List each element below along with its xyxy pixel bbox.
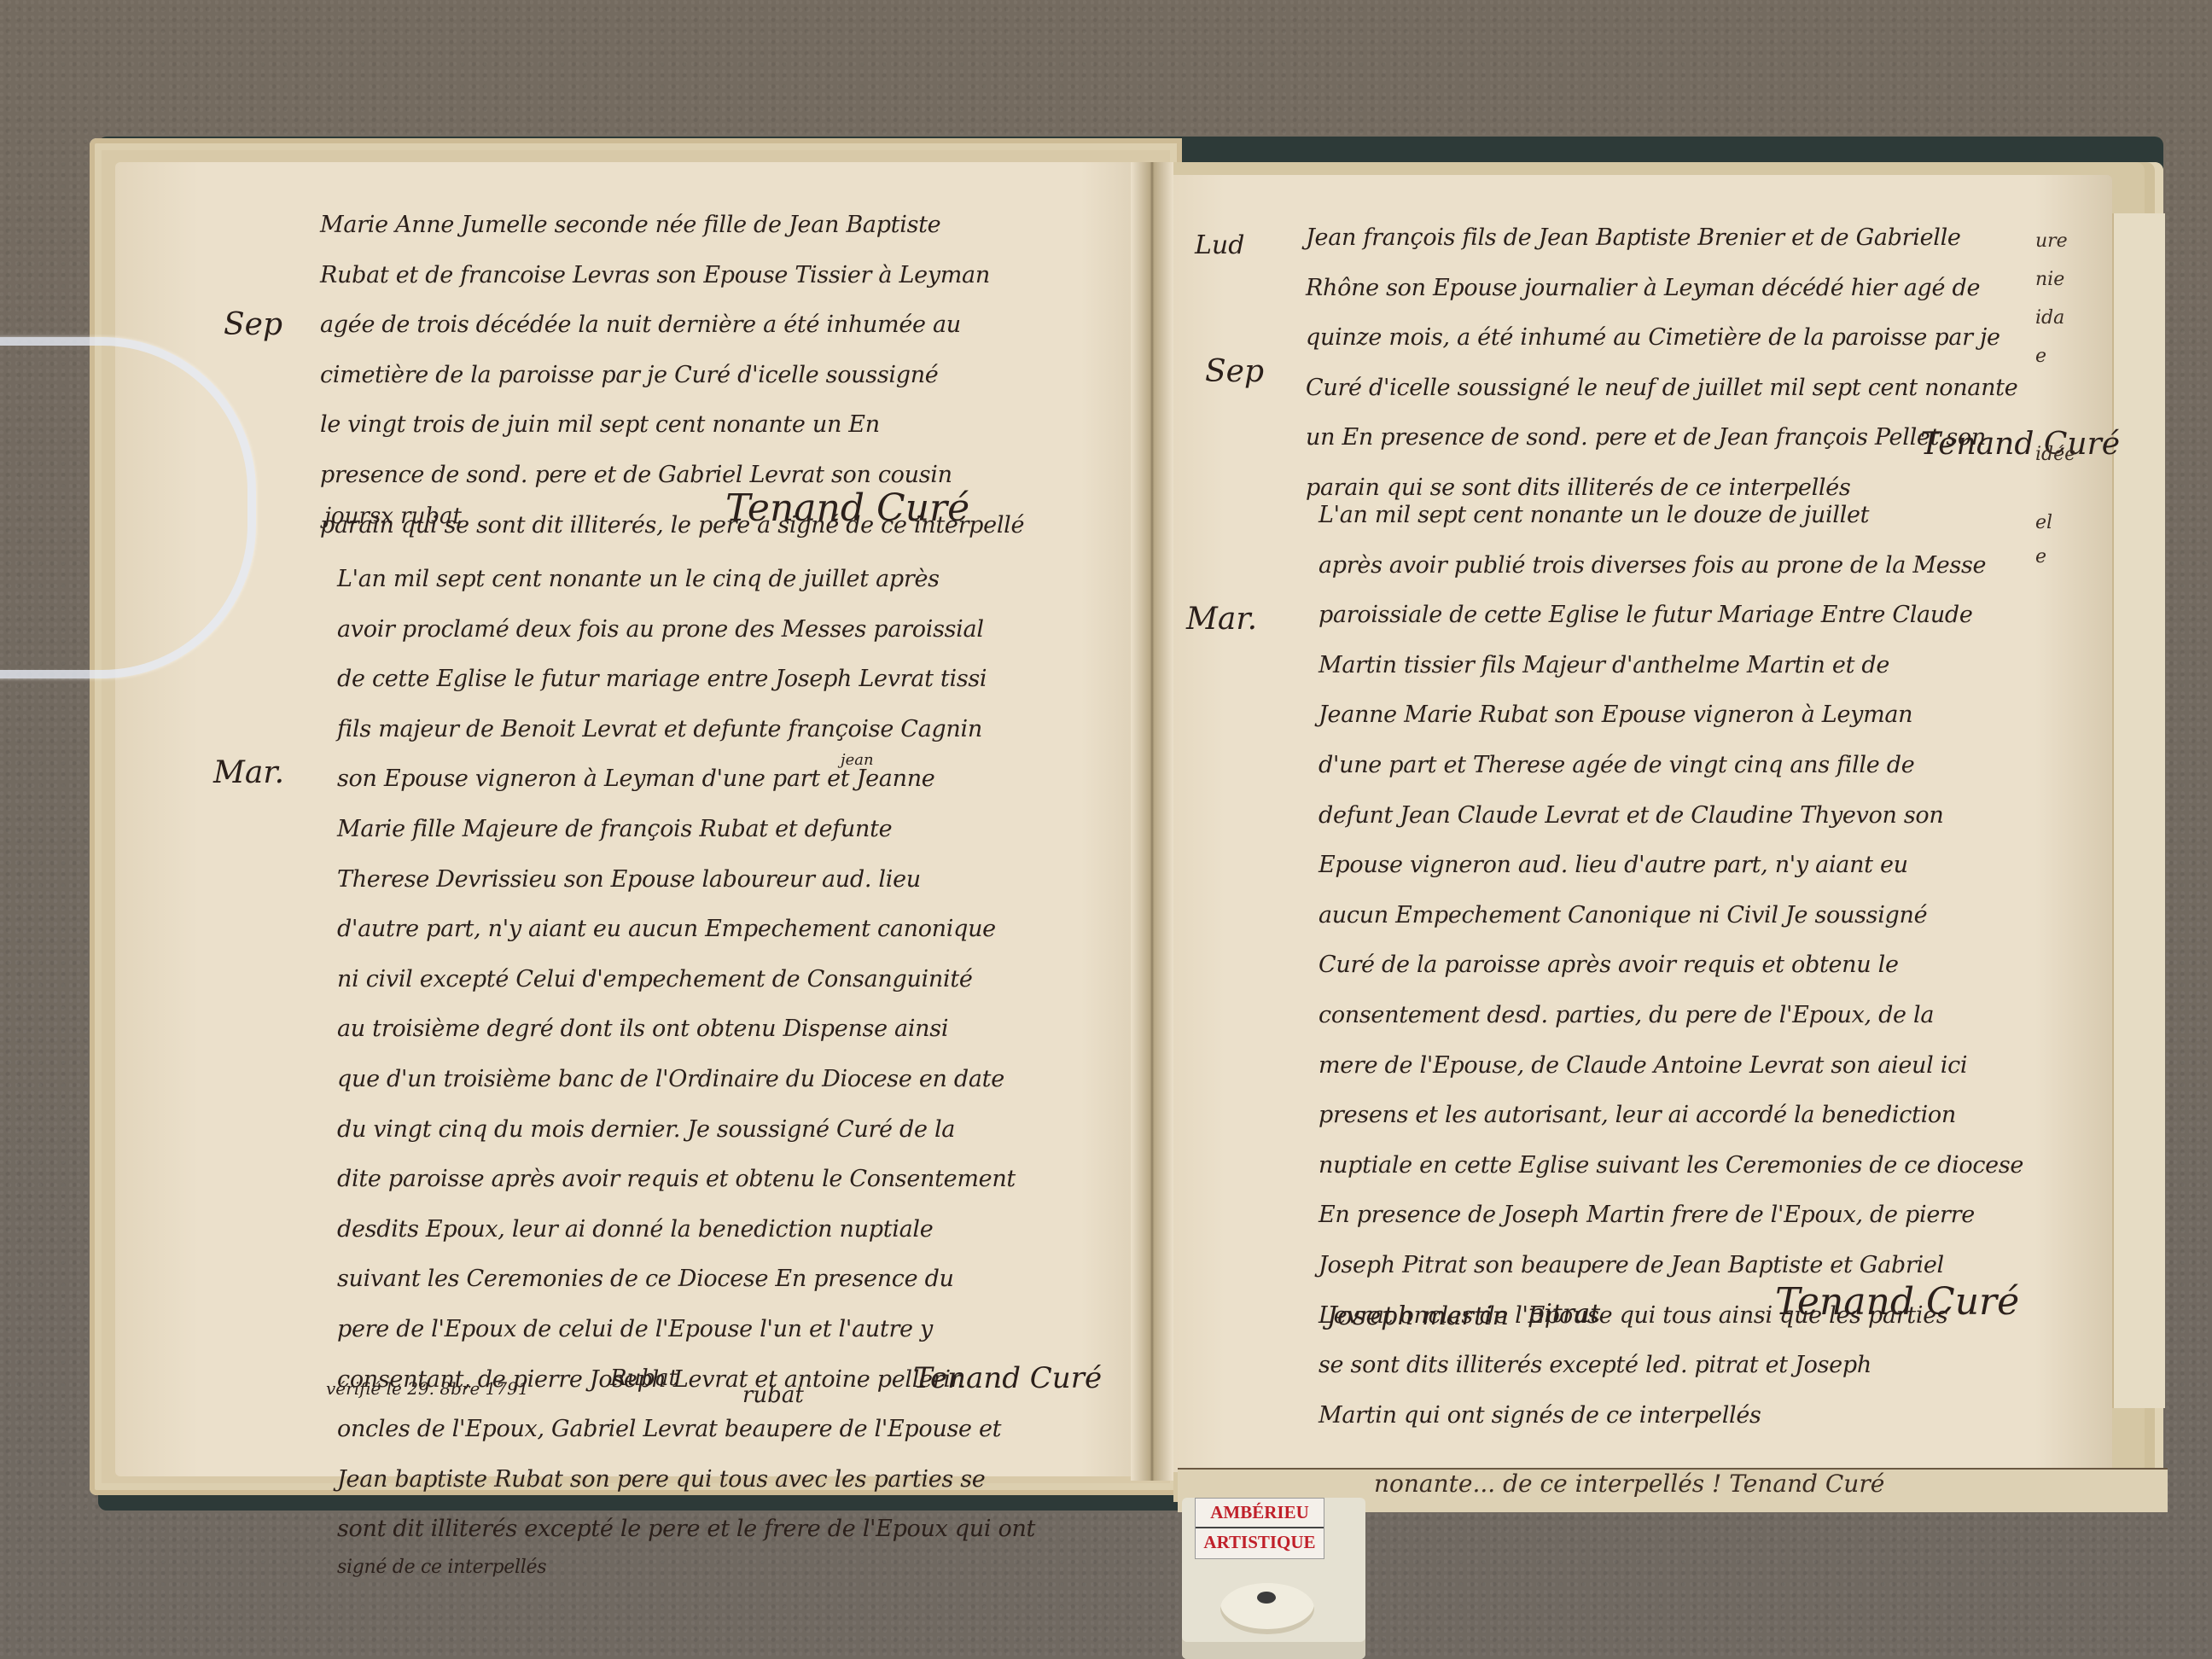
signature-rubat-2: rubat [742, 1382, 804, 1408]
entry-line: En presence de Joseph Martin frere de l'… [1318, 1190, 2023, 1241]
marriage-entry-left: L'an mil sept cent nonante un le cinq de… [337, 555, 1035, 1580]
signature-rubat-1: Rubat [610, 1365, 678, 1391]
entry-line: après avoir publié trois diverses fois a… [1318, 541, 2023, 591]
entry-line: Jean françois fils de Jean Baptiste Bren… [1306, 213, 2017, 264]
entry-line: signé de ce interpellés [337, 1555, 1035, 1580]
entry-line: son Epouse vigneron à Leyman d'une part … [337, 754, 1035, 805]
burial-entry-right: Jean françois fils de Jean Baptiste Bren… [1306, 213, 2017, 514]
clamp-knob [1220, 1583, 1314, 1634]
underlying-fragment: el [2035, 512, 2052, 533]
entry-line: pere de l'Epoux de celui de l'Epouse l'u… [337, 1305, 1035, 1355]
underlying-fragment: ida [2035, 307, 2064, 329]
signature-joseph-martin: Joseph martin [1327, 1301, 1509, 1331]
underlying-fragment: ure [2035, 230, 2068, 252]
signature-cure-2: Tenand Curé [913, 1361, 1102, 1395]
entry-line: Marie Anne Jumelle seconde née fille de … [320, 201, 1024, 251]
verification-date-note: vérifié le 29. 8bre 1791 [326, 1378, 529, 1399]
entry-line: paroissiale de cette Eglise le futur Mar… [1318, 591, 2023, 641]
entry-line: quinze mois, a été inhumé au Cimetière d… [1306, 313, 2017, 364]
entry-line: Martin qui ont signés de ce interpellés [1318, 1391, 2023, 1441]
signature-pitrat: pitrat [1528, 1299, 1600, 1329]
clamp-screw-hole [1257, 1592, 1276, 1604]
signature-cure-3: Tenand Curé [1920, 427, 2120, 462]
entry-line: oncles de l'Epoux, Gabriel Levrat beaupe… [337, 1405, 1035, 1455]
clamp-label: AMBÉRIEU ARTISTIQUE [1195, 1498, 1324, 1559]
entry-line: un En presence de sond. pere et de Jean … [1306, 413, 2017, 463]
signature-rubat: joursx rubat [324, 504, 462, 529]
underlying-fragment: nie [2035, 269, 2064, 290]
entry-line: du vingt cinq du mois dernier. Je soussi… [337, 1105, 1035, 1155]
entry-line: aucun Empechement Canonique ni Civil Je … [1318, 891, 2023, 941]
entry-line: avoir proclamé deux fois au prone des Me… [337, 605, 1035, 655]
entry-line: suivant les Ceremonies de ce Diocese En … [337, 1254, 1035, 1305]
underlying-page-edge [2112, 213, 2165, 1408]
entry-line: de cette Eglise le futur mariage entre J… [337, 655, 1035, 705]
signature-cure: Tenand Curé [725, 486, 969, 530]
underlying-fragment: idée [2035, 444, 2075, 465]
entry-line: d'autre part, n'y aiant eu aucun Empeche… [337, 905, 1035, 955]
entry-line: Curé d'icelle soussigné le neuf de juill… [1306, 364, 2017, 414]
entry-line: Jeanne Marie Rubat son Epouse vigneron à… [1318, 690, 2023, 741]
entry-line: sont dit illiterés excepté le pere et le… [337, 1505, 1035, 1555]
margin-note-mariage-left: Mar. [213, 755, 284, 790]
underlying-fragment: e [2035, 546, 2046, 568]
entry-line: Marie fille Majeure de françois Rubat et… [337, 805, 1035, 855]
entry-line: Curé de la paroisse après avoir requis e… [1318, 940, 2023, 991]
entry-line: Rubat et de francoise Levras son Epouse … [320, 251, 1024, 301]
folded-page-strip-text: nonante... de ce interpellés ! Tenand Cu… [1374, 1470, 1884, 1498]
entry-line: defunt Jean Claude Levrat et de Claudine… [1318, 791, 2023, 841]
entry-line: le vingt trois de juin mil sept cent non… [320, 400, 1024, 451]
entry-line: d'une part et Therese agée de vingt cinq… [1318, 741, 2023, 791]
entry-line: se sont dits illiterés excepté led. pitr… [1318, 1341, 2023, 1391]
entry-line: L'an mil sept cent nonante un le douze d… [1318, 491, 2023, 541]
entry-line: consentement desd. parties, du pere de l… [1318, 991, 2023, 1041]
entry-line: L'an mil sept cent nonante un le cinq de… [337, 555, 1035, 605]
entry-line: desdits Epoux, leur ai donné la benedict… [337, 1205, 1035, 1255]
entry-line: nuptiale en cette Eglise suivant les Cer… [1318, 1141, 2023, 1191]
entry-line: ni civil excepté Celui d'empechement de … [337, 955, 1035, 1005]
entry-line: agée de trois décédée la nuit dernière a… [320, 300, 1024, 351]
entry-line: fils majeur de Benoit Levrat et defunte … [337, 705, 1035, 755]
margin-note-lud: Lud [1195, 230, 1244, 260]
entry-line: Martin tissier fils Majeur d'anthelme Ma… [1318, 641, 2023, 691]
label-line-1: AMBÉRIEU [1196, 1499, 1324, 1528]
entry-line: au troisième degré dont ils ont obtenu D… [337, 1004, 1035, 1055]
margin-note-sepulture-right: Sep [1205, 354, 1264, 389]
entry-line: que d'un troisième banc de l'Ordinaire d… [337, 1055, 1035, 1105]
entry-line: mere de l'Epouse, de Claude Antoine Levr… [1318, 1041, 2023, 1091]
book-gutter [1131, 162, 1173, 1481]
entry-line: Therese Devrissieu son Epouse laboureur … [337, 855, 1035, 905]
entry-line: presens et les autorisant, leur ai accor… [1318, 1091, 2023, 1141]
entry-line: Rhône son Epouse journalier à Leyman déc… [1306, 264, 2017, 314]
entry-line: cimetière de la paroisse par je Curé d'i… [320, 351, 1024, 401]
entry-line: Epouse vigneron aud. lieu d'autre part, … [1318, 841, 2023, 891]
label-line-2: ARTISTIQUE [1196, 1528, 1324, 1557]
signature-cure-4: Tenand Curé [1775, 1280, 2019, 1324]
entry-line: dite paroisse après avoir requis et obte… [337, 1155, 1035, 1205]
entry-line: Jean baptiste Rubat son pere qui tous av… [337, 1455, 1035, 1505]
margin-note-sepulture-left: Sep [224, 307, 282, 342]
margin-note-mariage-right: Mar. [1186, 602, 1257, 637]
underlying-fragment: e [2035, 346, 2046, 367]
